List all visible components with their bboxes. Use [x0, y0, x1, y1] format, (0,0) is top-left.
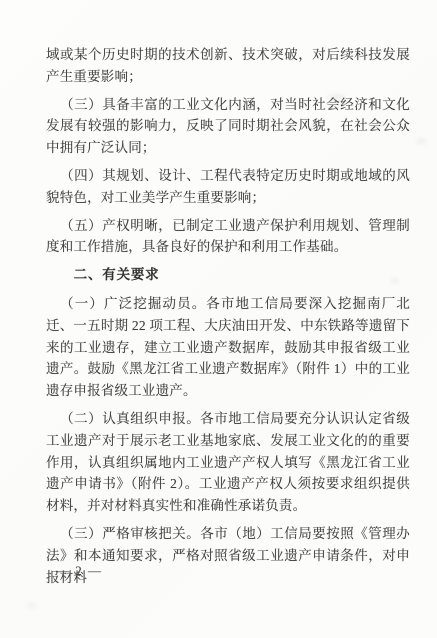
paragraph-criterion-4: （四）其规划、设计、工程代表特定历史时期或地域的风貌特色，对工业美学产生重要影响…: [46, 165, 410, 209]
document-body: 域或某个历史时期的技术创新、技术突破，对后续科技发展产生重要影响； （三）具备丰…: [46, 44, 410, 594]
page-number: — 2 —: [56, 563, 103, 579]
paragraph-criterion-3: （三）具备丰富的工业文化内涵，对当时社会经济和文化发展有较强的影响力，反映了同时…: [46, 94, 410, 159]
paragraph-continuation: 域或某个历史时期的技术创新、技术突破，对后续科技发展产生重要影响；: [46, 44, 410, 88]
scanned-document-page: 域或某个历史时期的技术创新、技术突破，对后续科技发展产生重要影响； （三）具备丰…: [0, 0, 437, 638]
scan-smudge: [416, 138, 427, 144]
scan-smudge: [27, 603, 36, 608]
paragraph-requirement-2: （二）认真组织申报。各市地工信局要充分认识认定省级工业遗产对于展示老工业基地家底…: [46, 408, 410, 517]
paragraph-requirement-1: （一）广泛挖掘动员。各市地工信局要深入挖掘南厂北迁、一五时期 22 项工程、大庆…: [46, 293, 410, 402]
paragraph-criterion-5: （五）产权明晰，已制定工业遗产保护利用规划、管理制度和工作措施，具备良好的保护和…: [46, 215, 410, 259]
section-heading: 二、有关要求: [46, 264, 410, 286]
